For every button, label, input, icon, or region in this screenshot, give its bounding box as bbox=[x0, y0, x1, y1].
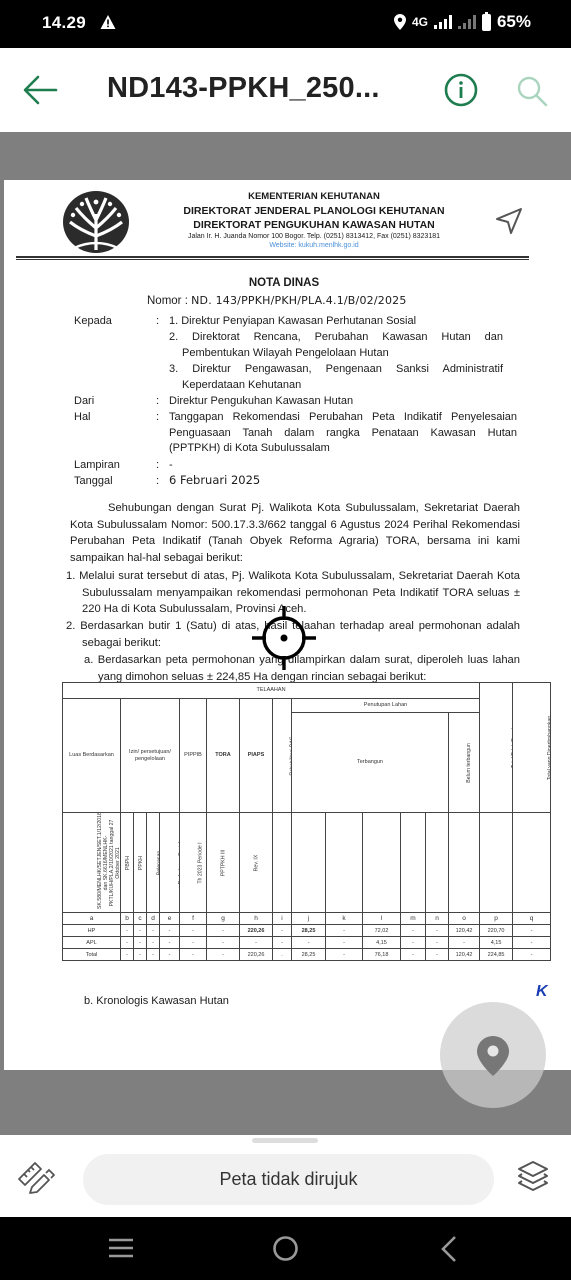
table-subheader-cell: Pemukiman fasos, fasum bbox=[401, 813, 426, 913]
table-cell: - bbox=[180, 937, 207, 949]
arrow-left-icon[interactable] bbox=[20, 72, 60, 108]
table-cell: - bbox=[273, 937, 292, 949]
status-indicators: 4G 65% bbox=[394, 12, 531, 32]
home-circle-icon[interactable] bbox=[272, 1235, 299, 1262]
terbangun-header: Terbangun bbox=[292, 713, 449, 813]
signal-icon bbox=[434, 15, 452, 29]
table-cell: 220,70 bbox=[480, 925, 513, 937]
table-subheader-cell: Rev. IX bbox=[240, 813, 273, 913]
piaps-header: PIAPS bbox=[240, 699, 273, 813]
table-cell: - bbox=[207, 949, 240, 961]
table-cell: - bbox=[121, 949, 134, 961]
dari-value: Direktur Pengukuhan Kawasan Hutan bbox=[169, 394, 503, 410]
table-subheader-cell: Th 2023 Periode I bbox=[180, 813, 207, 913]
telaahan-header: TELAAHAN bbox=[63, 683, 480, 699]
bottom-sheet: Peta tidak dirujuk bbox=[0, 1135, 571, 1217]
table-subheader-cell: SK.580/MENLHK/SETJEN/SET.1/12/2018 dan S… bbox=[63, 813, 121, 913]
document-title: ND143-PPKH_250... bbox=[107, 72, 380, 105]
app-bar: ND143-PPKH_250... bbox=[0, 48, 571, 132]
location-fab-button[interactable] bbox=[440, 1002, 546, 1108]
table-cell: - bbox=[401, 949, 426, 961]
kepada-item-3: 3. Direktur Pengawasan, Pengenaan Sanksi… bbox=[169, 362, 503, 393]
dari-label: Dari bbox=[74, 394, 94, 410]
table-letter-cell: n bbox=[426, 913, 449, 925]
table-cell: - bbox=[513, 937, 551, 949]
table-cell: - bbox=[207, 925, 240, 937]
table-letter-cell: p bbox=[480, 913, 513, 925]
colon: : bbox=[156, 474, 159, 490]
total-yang-header: Total yang Dipertimbangkan Indikatif PPT… bbox=[513, 683, 551, 813]
layers-icon[interactable] bbox=[516, 1159, 550, 1195]
colon: : bbox=[156, 458, 159, 474]
rehab-das-header: Rehabilitasi DAS bbox=[273, 699, 292, 813]
table-cell: - bbox=[513, 949, 551, 961]
table-cell: - bbox=[273, 925, 292, 937]
back-chevron-icon[interactable] bbox=[440, 1235, 458, 1263]
total-tidak-dapat-header: Total Tidak Dapat Dipertimbangkan Indika… bbox=[480, 683, 513, 813]
table-cell: - bbox=[426, 949, 449, 961]
table-letter-cell: q bbox=[513, 913, 551, 925]
table-letter-cell: e bbox=[160, 913, 180, 925]
table-subheader-cell bbox=[513, 813, 551, 913]
table-cell: APL bbox=[63, 937, 121, 949]
table-cell: - bbox=[426, 937, 449, 949]
intro-paragraph: Sehubungan dengan Surat Pj. Walikota Kot… bbox=[70, 500, 520, 566]
tora-header: TORA bbox=[207, 699, 240, 813]
table-cell: 76,18 bbox=[363, 949, 401, 961]
table-cell: - bbox=[134, 949, 147, 961]
table-cell: - bbox=[147, 949, 160, 961]
tanggal-value: 6 Februari 2025 bbox=[169, 473, 503, 489]
table-subheader-cell: PPKH bbox=[134, 813, 147, 913]
table-row: APL----------4,15---4,15- bbox=[63, 937, 551, 949]
table-subheader-cell: Terbangun selain kriteria PPTPKH bbox=[426, 813, 449, 913]
luas-berdasarkan-header: Luas Berdasarkan bbox=[63, 699, 121, 813]
drag-handle[interactable] bbox=[252, 1138, 318, 1143]
pippib-header: PIPPIB bbox=[180, 699, 207, 813]
table-cell: - bbox=[513, 925, 551, 937]
table-cell: - bbox=[160, 937, 180, 949]
table-letter-cell: f bbox=[180, 913, 207, 925]
status-time: 14.29 bbox=[42, 13, 86, 33]
table-cell: 28,25 bbox=[292, 925, 326, 937]
table-cell: 224,85 bbox=[480, 949, 513, 961]
table-subheader-row: SK.580/MENLHK/SETJEN/SET.1/12/2018 dan S… bbox=[63, 813, 551, 913]
table-cell: 120,42 bbox=[449, 925, 480, 937]
colon: : bbox=[156, 410, 159, 426]
table-letter-cell: c bbox=[134, 913, 147, 925]
table-letter-cell: h bbox=[240, 913, 273, 925]
table-cell: - bbox=[121, 925, 134, 937]
table-letter-cell: b bbox=[121, 913, 134, 925]
belum-terbangun-header: Belum terbangun bbox=[449, 713, 480, 813]
table-subheader-cell: Lahan Garapan pertanian, perkebunan dan … bbox=[363, 813, 401, 913]
table-cell: - bbox=[134, 925, 147, 937]
handwritten-initial: K bbox=[536, 983, 548, 1001]
table-letter-cell: a bbox=[63, 913, 121, 925]
table-cell: Total bbox=[63, 949, 121, 961]
search-icon[interactable] bbox=[515, 74, 549, 108]
table-cell: 120,42 bbox=[449, 949, 480, 961]
table-cell: - bbox=[147, 937, 160, 949]
table-subheader-cell: Perhutanan Sosial bbox=[160, 813, 180, 913]
table-cell: - bbox=[401, 937, 426, 949]
info-circle-icon[interactable] bbox=[443, 72, 479, 108]
table-cell: - bbox=[326, 925, 363, 937]
tanggal-label: Tanggal bbox=[74, 474, 113, 490]
table-cell: - bbox=[240, 937, 273, 949]
table-subheader-cell: PPTPKH III bbox=[207, 813, 240, 913]
table-subheader-cell bbox=[480, 813, 513, 913]
table-subheader-cell: Terbangun setelah UUCK bbox=[292, 813, 326, 913]
penutupan-lahan-header: Penutupan Lahan bbox=[292, 699, 480, 713]
kepada-item-2: 2. Direktorat Rencana, Perubahan Kawasan… bbox=[169, 330, 503, 361]
system-nav-bar bbox=[0, 1217, 571, 1280]
point-2b: b. Kronologis Kawasan Hutan bbox=[84, 995, 229, 1007]
table-cell: 4,15 bbox=[480, 937, 513, 949]
network-type: 4G bbox=[412, 15, 428, 29]
table-cell: 220,26 bbox=[240, 925, 273, 937]
table-cell: 28,25 bbox=[292, 949, 326, 961]
table-subheader-cell: Lahan Garapan pertanian, perkebunan dan … bbox=[326, 813, 363, 913]
status-bar: 14.29 4G 65% bbox=[0, 0, 571, 48]
table-row: HP------220,26-28,25-72,02--120,42220,70… bbox=[63, 925, 551, 937]
table-cell: 4,15 bbox=[363, 937, 401, 949]
recent-apps-icon[interactable] bbox=[108, 1236, 134, 1260]
table-cell: - bbox=[207, 937, 240, 949]
table-cell: - bbox=[121, 937, 134, 949]
colon: : bbox=[156, 314, 159, 330]
table-letter-cell: g bbox=[207, 913, 240, 925]
ruler-pencil-icon[interactable] bbox=[16, 1157, 56, 1197]
kepada-label: Kepada bbox=[74, 314, 112, 330]
memo-meta: Kepada : 1. Direktur Penyiapan Kawasan P… bbox=[4, 180, 564, 480]
lampiran-value: - bbox=[169, 458, 503, 474]
table-letter-cell: d bbox=[147, 913, 160, 925]
table-row: Total------220,26.28,25-76,18--120,42224… bbox=[63, 949, 551, 961]
table-cell: - bbox=[326, 949, 363, 961]
table-subheader-cell bbox=[449, 813, 480, 913]
table-letter-cell: j bbox=[292, 913, 326, 925]
warning-triangle-icon bbox=[100, 14, 116, 30]
table-cell: - bbox=[160, 949, 180, 961]
table-letter-cell: k bbox=[326, 913, 363, 925]
lampiran-label: Lampiran bbox=[74, 458, 120, 474]
signal-sim2-icon bbox=[458, 15, 476, 29]
table-cell: - bbox=[401, 925, 426, 937]
crosshair-icon bbox=[252, 606, 316, 670]
hal-value: Tanggapan Rekomendasi Perubahan Peta Ind… bbox=[169, 410, 517, 457]
table-cell: - bbox=[160, 925, 180, 937]
izin-header: Izin/ persetujuan/ pengelolaan bbox=[121, 699, 180, 813]
table-cell: - bbox=[147, 925, 160, 937]
hal-label: Hal bbox=[74, 410, 91, 426]
table-letter-cell: i bbox=[273, 913, 292, 925]
battery-icon bbox=[482, 14, 491, 31]
table-cell: . bbox=[273, 949, 292, 961]
table-cell: HP bbox=[63, 925, 121, 937]
map-reference-status-button[interactable]: Peta tidak dirujuk bbox=[83, 1154, 494, 1205]
table-cell: - bbox=[180, 925, 207, 937]
land-analysis-table: TELAAHAN Total Tidak Dapat Dipertimbangk… bbox=[62, 682, 551, 961]
table-cell: - bbox=[426, 925, 449, 937]
document-viewer[interactable]: KEMENTERIAN KEHUTANAN DIREKTORAT JENDERA… bbox=[0, 132, 571, 1135]
location-icon bbox=[394, 14, 406, 30]
table-letter-cell: o bbox=[449, 913, 480, 925]
table-cell: 72,02 bbox=[363, 925, 401, 937]
kepada-item-1: 1. Direktur Penyiapan Kawasan Perhutanan… bbox=[169, 314, 503, 330]
table-letter-cell: m bbox=[401, 913, 426, 925]
table-letter-row: abcdefghijklmnopq bbox=[63, 913, 551, 925]
map-pin-icon bbox=[477, 1036, 509, 1076]
table-cell: - bbox=[449, 937, 480, 949]
table-cell: - bbox=[180, 949, 207, 961]
table-subheader-cell bbox=[273, 813, 292, 913]
table-subheader-cell: PBPH bbox=[121, 813, 134, 913]
table-subheader-cell: Pelepasan bbox=[147, 813, 160, 913]
table-letter-cell: l bbox=[363, 913, 401, 925]
table-cell: - bbox=[292, 937, 326, 949]
colon: : bbox=[156, 394, 159, 410]
battery-percent: 65% bbox=[497, 12, 531, 32]
table-cell: - bbox=[134, 937, 147, 949]
table-cell: - bbox=[326, 937, 363, 949]
table-cell: 220,26 bbox=[240, 949, 273, 961]
